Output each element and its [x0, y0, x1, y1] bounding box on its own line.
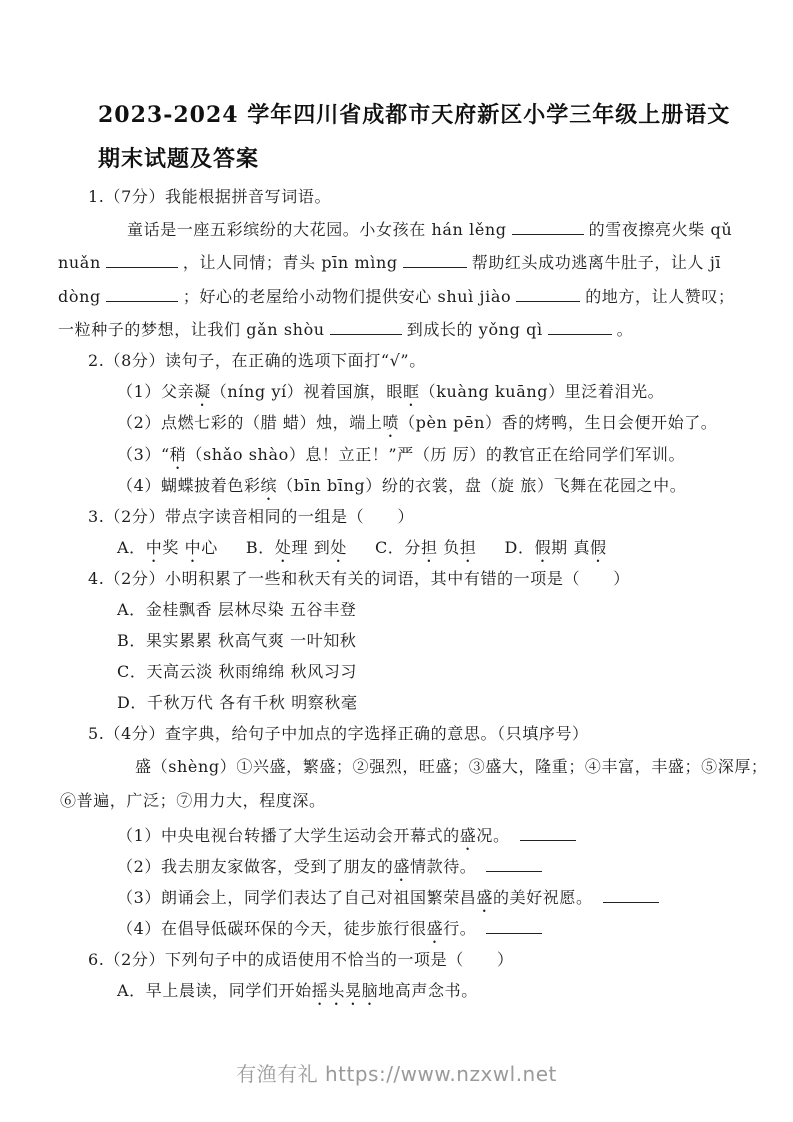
q1-fill-line-3: dòng；好心的老屋给小动物们提供安心 shuì jiào的地方，让人赞叹； [58, 286, 735, 308]
doc-title-line-2: 期末试题及答案 [98, 144, 259, 174]
q5-heading: 5.（4分）查字典，给句子中加点的字选择正确的意思。（只填序号） [88, 723, 589, 745]
q5-item-3-text: （3）朗诵会上，同学们表达了自己对祖国繁荣昌盛的美好祝愿。 [117, 888, 593, 907]
q5-item-2-text: （2）我去朋友家做客，受到了朋友的盛情款待。 [117, 857, 476, 876]
q1-line4-text-b: 到成长的 yǒng qì [407, 320, 543, 339]
doc-title-line-1: 2023-2024 学年四川省成都市天府新区小学三年级上册语文 [98, 100, 730, 130]
q4-option-d: D．千秋万代 各有千秋 明察秋毫 [117, 692, 358, 714]
q1-fill-line-2: nuǎn，让人同情；青头 pīn mìng帮助红头成功逃离牛肚子，让人 jī [58, 252, 721, 274]
q1-fill-line-1: 童话是一座五彩缤纷的大花园。小女孩在 hán lěng的雪夜擦亮火柴 qǔ [127, 219, 732, 241]
q2-item-4-text: （4）蝴蝶披着色彩缤（bīn bīng）纷的衣裳，盘（旋 旅）飞舞在花园之中。 [117, 476, 686, 495]
q5-item-4: （4）在倡导低碳环保的今天，徒步旅行很盛行。 [117, 918, 547, 947]
exam-page: 2023-2024 学年四川省成都市天府新区小学三年级上册语文 期末试题及答案 … [0, 0, 793, 1122]
q1-line1-text-b: 的雪夜擦亮火柴 qǔ [589, 220, 733, 239]
q4-option-c: C．天高云淡 秋雨绵绵 秋风习习 [117, 661, 357, 683]
q6-heading: 6.（2分）下列句子中的成语使用不恰当的一项是（ ） [88, 949, 514, 971]
q1-line3-text-c: 的地方，让人赞叹； [585, 287, 734, 306]
q1-line2-text-c: 帮助红头成功逃离牛肚子，让人 jī [472, 253, 721, 272]
answer-blank[interactable] [603, 887, 659, 903]
q1-line3-text-a: dòng [58, 287, 101, 306]
q5-item-1: （1）中央电视台转播了大学生运动会开幕式的盛况。 [117, 825, 581, 854]
answer-blank[interactable] [516, 286, 580, 302]
q3-option-d: D．假期 真假 [505, 538, 607, 557]
q5-item-1-text: （1）中央电视台转播了大学生运动会开幕式的盛况。 [117, 826, 510, 845]
q2-item-3-text: （3）“稍（shǎo shào）息！立正！”严（历 厉）的教官正在给同学们军训。 [117, 445, 685, 464]
q1-heading: 1.（7分）我能根据拼音写词语。 [88, 186, 331, 208]
q4-option-b: B．果实累累 秋高气爽 一叶知秋 [117, 630, 357, 652]
answer-blank[interactable] [486, 856, 542, 872]
q6-option-a-text: A．早上晨读，同学们开始摇头晃脑地高声念书。 [117, 981, 478, 1000]
answer-blank[interactable] [403, 252, 467, 268]
q2-heading: 2.（8分）读句子，在正确的选项下面打“√”。 [88, 350, 426, 372]
q1-line4-text-a: 一粒种子的梦想，让我们 gǎn shòu [58, 320, 325, 339]
answer-blank[interactable] [486, 918, 542, 934]
q2-item-1: （1）父亲凝（níng yí）视着国旗，眼眶（kuàng kuāng）里泛着泪光… [117, 381, 664, 410]
q5-definition-line-1: 盛（shèng）①兴盛，繁盛；②强烈，旺盛；③盛大，隆重；④丰富，丰盛；⑤深厚； [135, 756, 768, 778]
q1-line2-text-a: nuǎn [58, 253, 101, 272]
q1-line2-text-b: ，让人同情；青头 pīn mìng [183, 253, 398, 272]
q4-heading: 4.（2分）小明积累了一些和秋天有关的词语，其中有错的一项是（ ） [88, 568, 630, 590]
q3-options-row: A．中奖 中心B．处理 到处C．分担 负担D．假期 真假 [117, 537, 607, 566]
q2-item-1-text: （1）父亲凝（níng yí）视着国旗，眼眶（kuàng kuāng）里泛着泪光… [117, 382, 664, 401]
q3-option-a: A．中奖 中心 [117, 538, 218, 557]
site-watermark: 有渔有礼 https://www.nzxwl.net [0, 1058, 793, 1087]
answer-blank[interactable] [548, 319, 612, 335]
q1-fill-line-4: 一粒种子的梦想，让我们 gǎn shòu到成长的 yǒng qì。 [58, 319, 633, 341]
q2-item-2: （2）点燃七彩的（腊 蜡）烛，端上喷（pèn pēn）香的烤鸭，生日会便开始了。 [117, 412, 717, 441]
q5-definition-line-2: ⑥普遍，广泛；⑦用力大，程度深。 [60, 790, 326, 812]
answer-blank[interactable] [520, 825, 576, 841]
q1-line4-text-c: 。 [617, 320, 634, 339]
answer-blank[interactable] [106, 286, 178, 302]
q2-item-4: （4）蝴蝶披着色彩缤（bīn bīng）纷的衣裳，盘（旋 旅）飞舞在花园之中。 [117, 475, 686, 504]
q2-item-3: （3）“稍（shǎo shào）息！立正！”严（历 厉）的教官正在给同学们军训。 [117, 444, 685, 473]
q5-item-4-text: （4）在倡导低碳环保的今天，徒步旅行很盛行。 [117, 919, 476, 938]
q3-option-b: B．处理 到处 [246, 538, 347, 557]
q6-option-a: A．早上晨读，同学们开始摇头晃脑地高声念书。 [117, 980, 478, 1009]
q4-option-a: A．金桂飘香 层林尽染 五谷丰登 [117, 599, 356, 621]
answer-blank[interactable] [512, 219, 584, 235]
q2-item-2-text: （2）点燃七彩的（腊 蜡）烛，端上喷（pèn pēn）香的烤鸭，生日会便开始了。 [117, 413, 717, 432]
q1-line3-text-b: ；好心的老屋给小动物们提供安心 shuì jiào [183, 287, 511, 306]
answer-blank[interactable] [330, 319, 402, 335]
q3-heading: 3.（2分）带点字读音相同的一组是（ ） [88, 506, 414, 528]
q5-item-3: （3）朗诵会上，同学们表达了自己对祖国繁荣昌盛的美好祝愿。 [117, 887, 664, 916]
q3-option-c: C．分担 负担 [375, 538, 477, 557]
q5-item-2: （2）我去朋友家做客，受到了朋友的盛情款待。 [117, 856, 547, 885]
q1-line1-text-a: 童话是一座五彩缤纷的大花园。小女孩在 hán lěng [127, 220, 507, 239]
answer-blank[interactable] [106, 252, 178, 268]
